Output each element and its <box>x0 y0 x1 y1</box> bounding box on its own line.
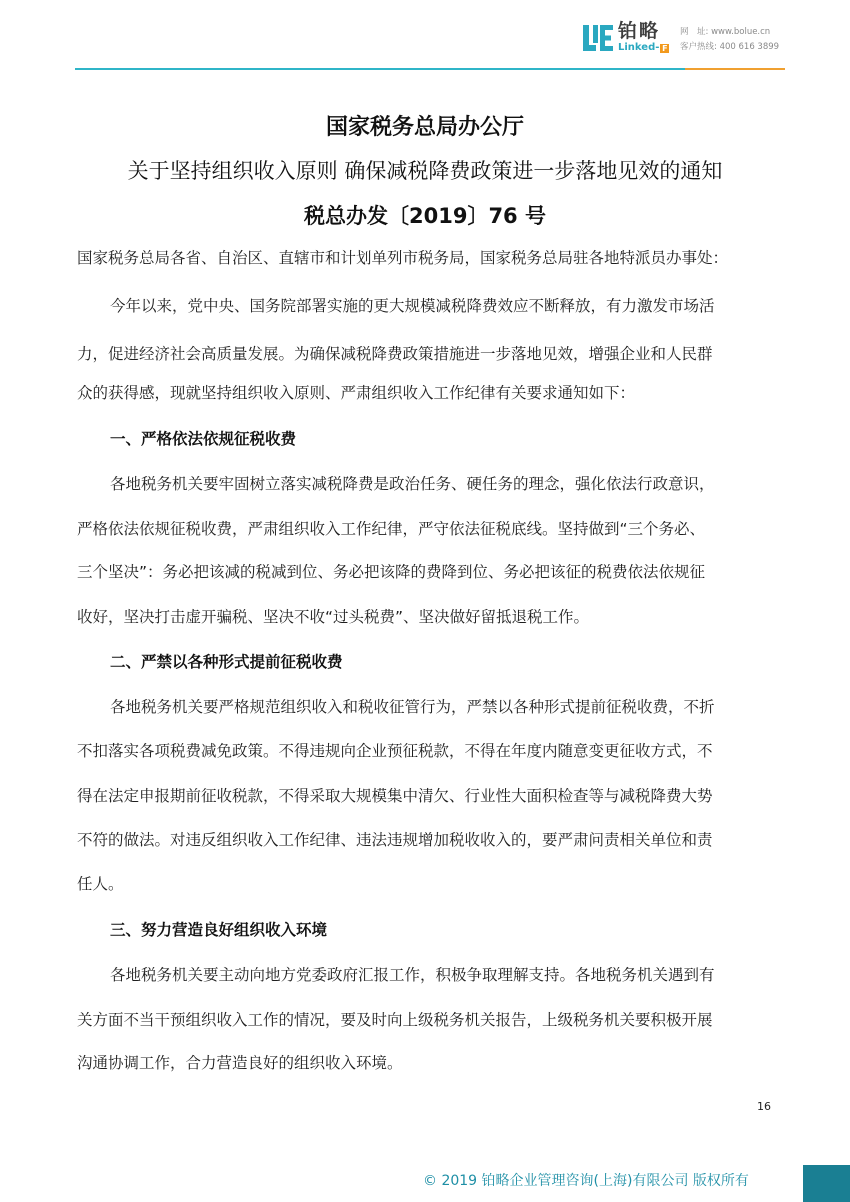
section-heading-3: 三、努力营造良好组织收入环境 <box>110 919 327 941</box>
body-line: 严格依法依规征税收费，严肃组织收入工作纪律，严守依法征税底线。坚持做到“三个务必… <box>77 518 705 540</box>
contact-info: 网 址: www.bolue.cn 客户热线: 400 616 3899 <box>680 25 779 55</box>
logo-mark-icon <box>583 23 613 53</box>
logo-english-name: Linked-F <box>618 43 669 53</box>
body-line: 关方面不当干预组织收入工作的情况，要及时向上级税务机关报告，上级税务机关要积极开… <box>77 1009 713 1031</box>
issuer-title: 国家税务总局办公厅 <box>0 110 850 141</box>
logo-chinese-name: 铂略 <box>618 22 669 41</box>
logo-badge: F <box>660 44 669 53</box>
hotline-row: 客户热线: 400 616 3899 <box>680 40 779 55</box>
website-row: 网 址: www.bolue.cn <box>680 25 779 40</box>
footer-accent-block <box>803 1165 850 1202</box>
website-link[interactable]: www.bolue.cn <box>711 27 770 37</box>
body-line: 任人。 <box>77 873 124 895</box>
hotline-number: 400 616 3899 <box>720 42 779 52</box>
body-line: 收好，坚决打击虚开骗税、坚决不收“过头税费”、坚决做好留抵退税工作。 <box>77 606 589 628</box>
logo-english-label: Linked- <box>618 43 659 53</box>
body-line: 不扣落实各项税费减免政策。不得违规向企业预征税款，不得在年度内随意变更征收方式，… <box>77 740 713 762</box>
document-number: 税总办发〔2019〕76 号 <box>0 200 850 230</box>
hotline-label: 客户热线: <box>680 40 717 55</box>
brand-logo: 铂略 Linked-F <box>583 22 669 53</box>
section-heading-1: 一、严格依法依规征税收费 <box>110 428 296 450</box>
document-title: 关于坚持组织收入原则 确保减税降费政策进一步落地见效的通知 <box>0 155 850 185</box>
body-line: 力，促进经济社会高质量发展。为确保减税降费政策措施进一步落地见效，增强企业和人民… <box>77 343 713 365</box>
section-heading-2: 二、严禁以各种形式提前征税收费 <box>110 651 343 673</box>
website-label: 网 址: <box>680 25 708 40</box>
body-line: 不符的做法。对违反组织收入工作纪律、违法违规增加税收收入的，要严肃问责相关单位和… <box>77 829 713 851</box>
body-line: 今年以来，党中央、国务院部署实施的更大规模减税降费效应不断释放，有力激发市场活 <box>110 295 715 317</box>
copyright-notice: © 2019 铂略企业管理咨询(上海)有限公司 版权所有 <box>423 1170 749 1190</box>
salutation: 国家税务总局各省、自治区、直辖市和计划单列市税务局，国家税务总局驻各地特派员办事… <box>77 247 728 269</box>
header-divider-teal <box>75 68 685 70</box>
body-line: 众的获得感，现就坚持组织收入原则、严肃组织收入工作纪律有关要求通知如下： <box>77 382 635 404</box>
header-divider-orange <box>685 68 785 70</box>
body-line: 沟通协调工作，合力营造良好的组织收入环境。 <box>77 1052 403 1074</box>
body-line: 各地税务机关要严格规范组织收入和税收征管行为，严禁以各种形式提前征税收费，不折 <box>110 696 715 718</box>
page-header: 铂略 Linked-F 网 址: www.bolue.cn 客户热线: 400 … <box>0 0 850 70</box>
body-line: 各地税务机关要主动向地方党委政府汇报工作，积极争取理解支持。各地税务机关遇到有 <box>110 964 715 986</box>
body-line: 各地税务机关要牢固树立落实减税降费是政治任务、硬任务的理念，强化依法行政意识， <box>110 473 715 495</box>
logo-text: 铂略 Linked-F <box>618 22 669 53</box>
body-line: 三个坚决”：务必把该减的税减到位、务必把该降的费降到位、务必把该征的税费依法依规… <box>77 561 705 583</box>
page-number: 16 <box>757 1100 771 1113</box>
body-line: 得在法定申报期前征收税款，不得采取大规模集中清欠、行业性大面积检查等与减税降费大… <box>77 785 713 807</box>
